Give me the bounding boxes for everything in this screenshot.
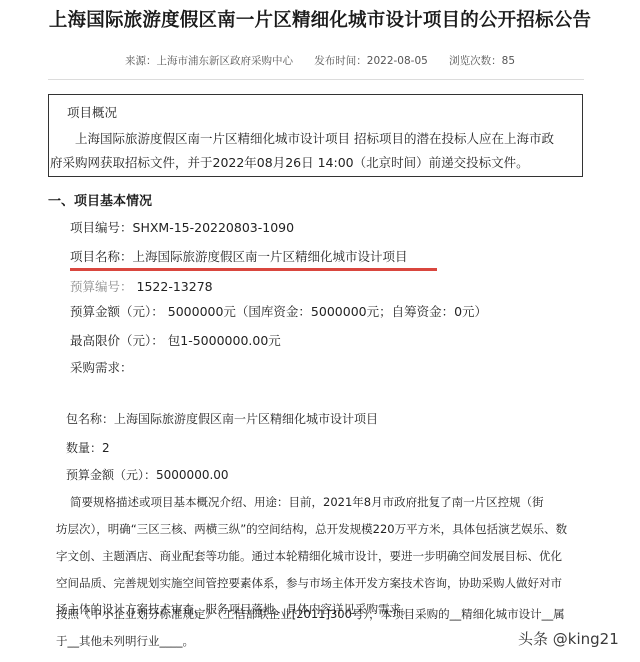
package-quantity-label: 数量： [66, 441, 102, 455]
package-name-value: 上海国际旅游度假区南一片区精细化城市设计项目 [114, 412, 378, 426]
field-label: 项目编号： [70, 220, 133, 235]
meta-row: 来源：上海市浦东新区政府采购中心 发布时间：2022-08-05 浏览次数：85 [0, 53, 640, 68]
description-line: 空间品质、完善规划实施空间管控要素体系，参与市场主体开发方案技术咨询，协助采购人… [56, 575, 562, 591]
project-overview-box: 项目概况 上海国际旅游度假区南一片区精细化城市设计项目 招标项目的潜在投标人应在… [48, 94, 583, 177]
package-name: 包名称：上海国际旅游度假区南一片区精细化城市设计项目 [66, 410, 378, 427]
overview-heading: 项目概况 [67, 103, 117, 121]
meta-publish-time: 发布时间：2022-08-05 [314, 55, 428, 67]
field-label: 预算金额（元）： [70, 304, 164, 319]
package-quantity: 数量：2 [66, 439, 110, 456]
field-project-name: 项目名称：上海国际旅游度假区南一片区精细化城市设计项目 [70, 247, 408, 265]
field-value: 5000000元（国库资金：5000000元；自筹资金：0元） [168, 304, 487, 319]
field-value: SHXM-15-20220803-1090 [133, 220, 295, 235]
package-quantity-value: 2 [102, 441, 110, 455]
field-value: 包1-5000000.00元 [168, 333, 281, 348]
field-value: 1522-13278 [137, 279, 213, 294]
meta-source: 来源：上海市浦东新区政府采购中心 [125, 55, 293, 67]
overview-text-line-1: 上海国际旅游度假区南一片区精细化城市设计项目 招标项目的潜在投标人应在上海市政 [75, 129, 554, 147]
field-label: 采购需求： [70, 360, 133, 375]
description-line: 字文创、主题酒店、商业配套等功能。通过本轮精细化城市设计，要进一步明确空间发展目… [56, 548, 562, 564]
source-watermark: 头条 @king21 [518, 628, 619, 649]
field-project-number: 项目编号：SHXM-15-20220803-1090 [70, 218, 294, 236]
description-line: 简要规格描述或项目基本概况介绍、用途：目前，2021年8月市政府批复了南一片区控… [70, 494, 544, 510]
field-label: 最高限价（元）： [70, 333, 164, 348]
page-title: 上海国际旅游度假区南一片区精细化城市设计项目的公开招标公告 [0, 6, 640, 32]
description-line: 坊层次），明确“三区三核、两横三纵”的空间结构，总开发规模220万平方米，具体包… [56, 521, 567, 537]
field-budget-number: 预算编号：1522-13278 [70, 277, 213, 295]
highlight-underline [70, 268, 437, 271]
package-budget-value: 5000000.00 [156, 468, 229, 482]
field-budget-amount: 预算金额（元）：5000000元（国库资金：5000000元；自筹资金：0元） [70, 302, 487, 320]
sme-classification-line: 于__其他未列明行业____。 [56, 633, 194, 649]
field-label: 预算编号： [70, 279, 133, 294]
package-name-label: 包名称： [66, 412, 114, 426]
field-procurement-needs: 采购需求： [70, 358, 133, 376]
field-label: 项目名称： [70, 249, 133, 264]
header-divider [48, 79, 584, 80]
field-value: 上海国际旅游度假区南一片区精细化城市设计项目 [133, 249, 408, 264]
sme-classification-line: 按照《中小企业划分标准规定》（工信部联企业[2011]300号），本项目采购的_… [56, 606, 565, 622]
package-budget: 预算金额（元）：5000000.00 [66, 466, 229, 483]
overview-text-line-2: 府采购网获取招标文件，并于2022年08月26日 14:00（北京时间）前递交投… [50, 153, 529, 171]
meta-views: 浏览次数：85 [449, 55, 515, 67]
package-budget-label: 预算金额（元）： [66, 468, 156, 482]
section-heading-basic-info: 一、项目基本情况 [48, 190, 152, 209]
field-max-price: 最高限价（元）：包1-5000000.00元 [70, 331, 281, 349]
